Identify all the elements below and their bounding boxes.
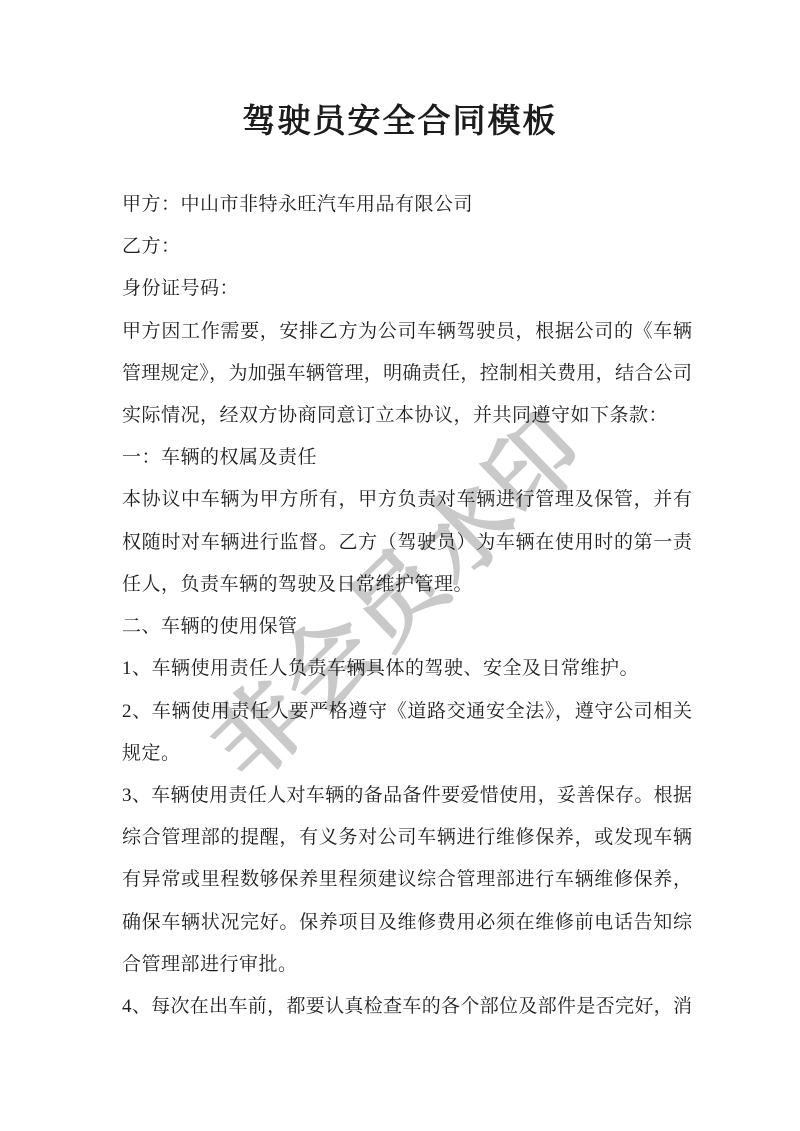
clause-3-line: 3、车辆使用责任人对车辆的备品备件要爱惜使用，妥善保存。根据: [122, 784, 692, 808]
party-a-line: 甲方：中山市非特永旺汽车用品有限公司: [122, 193, 473, 217]
document-title: 驾驶员安全合同模板: [0, 95, 800, 142]
contract-page: 非会员水印 驾驶员安全合同模板 甲方：中山市非特永旺汽车用品有限公司 乙方： 身…: [0, 0, 800, 1131]
preamble-line: 实际情况，经双方协商同意订立本协议，并共同遵守如下条款：: [122, 404, 668, 428]
preamble-line: 甲方因工作需要，安排乙方为公司车辆驾驶员，根据公司的《车辆: [122, 320, 692, 344]
clause-3-line: 综合管理部的提醒，有义务对公司车辆进行维修保养，或发现车辆: [122, 826, 692, 850]
party-b-line: 乙方：: [122, 235, 181, 259]
clause-3-line: 合管理部进行审批。: [122, 953, 298, 977]
id-number-line: 身份证号码：: [122, 277, 239, 301]
clause-2-line: 2、车辆使用责任人要严格遵守《道路交通安全法》，遵守公司相关: [122, 700, 692, 724]
section-1-line: 本协议中车辆为甲方所有，甲方负责对车辆进行管理及保管，并有: [122, 488, 692, 512]
preamble-line: 管理规定》，为加强车辆管理，明确责任，控制相关费用，结合公司: [122, 362, 692, 386]
section-2-heading: 二、车辆的使用保管: [122, 615, 298, 639]
section-1-line: 任人，负责车辆的驾驶及日常维护管理。: [122, 573, 473, 597]
section-1-heading: 一：车辆的权属及责任: [122, 446, 317, 470]
clause-3-line: 有异常或里程数够保养里程须建议综合管理部进行车辆维修保养，: [122, 868, 692, 892]
clause-1-line: 1、车辆使用责任人负责车辆具体的驾驶、安全及日常维护。: [122, 657, 639, 681]
clause-4-line: 4、每次在出车前，都要认真检查车的各个部位及部件是否完好，消: [122, 995, 692, 1019]
clause-3-line: 确保车辆状况完好。保养项目及维修费用必须在维修前电话告知综: [122, 911, 692, 935]
section-1-line: 权随时对车辆进行监督。乙方（驾驶员）为车辆在使用时的第一责: [122, 531, 692, 555]
clause-2-line: 规定。: [122, 742, 181, 766]
